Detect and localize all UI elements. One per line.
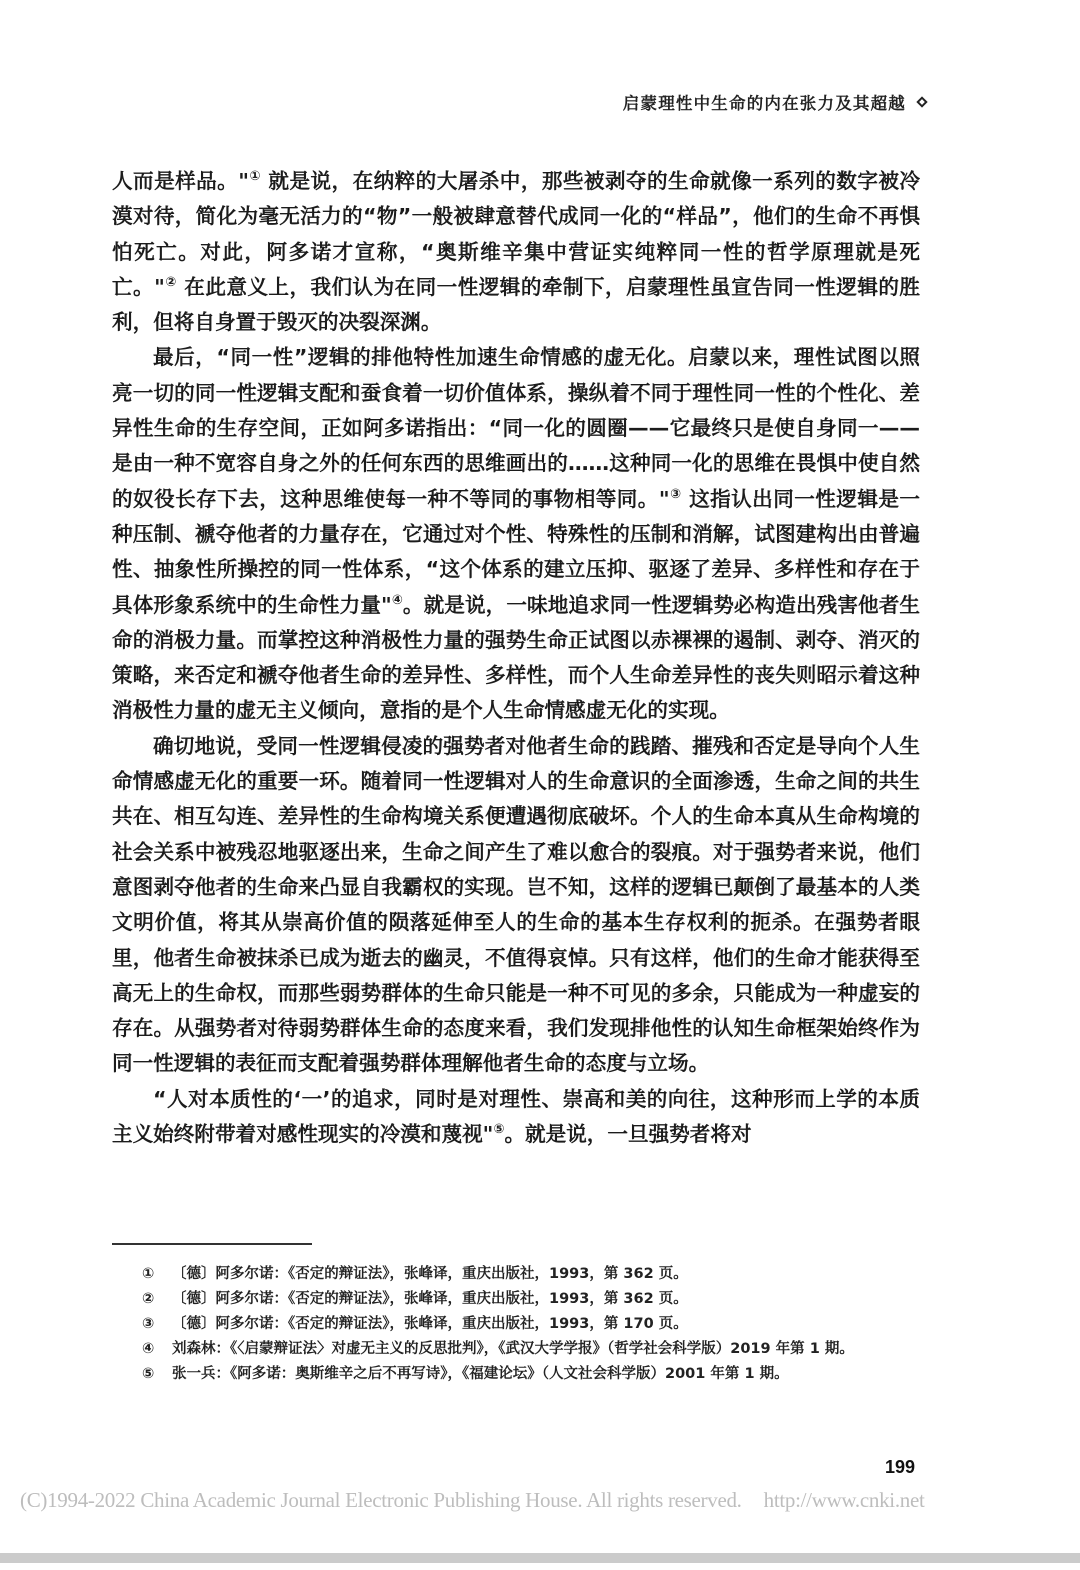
footnote-text: 〔德〕阿多尔诺：《否定的辩证法》，张峰译，重庆出版社，1993，第 362 页。: [172, 1287, 922, 1312]
paragraph: “人对本质性的‘一’的追求，同时是对理性、崇高和美的向往，这种形而上学的本质主义…: [112, 1082, 920, 1153]
footnote-number: ②: [142, 1287, 172, 1312]
paragraph-text: 。就是说，一旦强势者将对: [504, 1122, 751, 1146]
diamond-ornament-icon: [916, 96, 928, 108]
footnote-2: ② 〔德〕阿多尔诺：《否定的辩证法》，张峰译，重庆出版社，1993，第 362 …: [142, 1287, 922, 1312]
footnote-text: 〔德〕阿多尔诺：《否定的辩证法》，张峰译，重庆出版社，1993，第 362 页。: [172, 1262, 922, 1287]
paragraph: 确切地说，受同一性逻辑侵凌的强势者对他者生命的践踏、摧残和否定是导向个人生命情感…: [112, 729, 920, 1082]
footnotes: ① 〔德〕阿多尔诺：《否定的辩证法》，张峰译，重庆出版社，1993，第 362 …: [142, 1262, 922, 1387]
footnote-4: ④ 刘森林：《〈启蒙辩证法〉对虚无主义的反思批判》，《武汉大学学报》（哲学社会科…: [142, 1337, 922, 1362]
footnote-reference[interactable]: ③: [670, 487, 682, 502]
paragraph-text: 人而是样品。": [112, 169, 249, 193]
footnote-number: ③: [142, 1312, 172, 1337]
paragraph: 最后，“同一性”逻辑的排他特性加速生命情感的虚无化。启蒙以来，理性试图以照亮一切…: [112, 340, 920, 728]
running-title: 启蒙理性中生命的内在张力及其超越: [623, 90, 906, 114]
footnote-divider: [112, 1243, 312, 1245]
running-header: 启蒙理性中生命的内在张力及其超越: [623, 90, 928, 114]
body-text: 人而是样品。"① 就是说，在纳粹的大屠杀中，那些被剥夺的生命就像一系列的数字被冷…: [112, 164, 920, 1152]
copyright-text: (C)1994-2022 China Academic Journal Elec…: [20, 1488, 742, 1512]
footnote-number: ①: [142, 1262, 172, 1287]
footnote-number: ④: [142, 1337, 172, 1362]
footnote-3: ③ 〔德〕阿多尔诺：《否定的辩证法》，张峰译，重庆出版社，1993，第 170 …: [142, 1312, 922, 1337]
copyright-watermark: (C)1994-2022 China Academic Journal Elec…: [20, 1488, 1060, 1513]
page-number: 199: [885, 1457, 915, 1478]
bottom-scroll-bar[interactable]: [0, 1553, 1080, 1563]
paragraph-text: 在此意义上，我们认为在同一性逻辑的牵制下，启蒙理性虽宣告同一性逻辑的胜利，但将自…: [112, 275, 920, 334]
footnote-number: ⑤: [142, 1362, 172, 1387]
paragraph-text: 确切地说，受同一性逻辑侵凌的强势者对他者生命的践踏、摧残和否定是导向个人生命情感…: [112, 734, 920, 1076]
footnote-reference[interactable]: ④: [392, 593, 403, 608]
footnote-text: 刘森林：《〈启蒙辩证法〉对虚无主义的反思批判》，《武汉大学学报》（哲学社会科学版…: [172, 1337, 922, 1362]
cnki-url[interactable]: http://www.cnki.net: [764, 1488, 925, 1512]
footnote-reference[interactable]: ⑤: [493, 1122, 504, 1137]
footnote-reference[interactable]: ②: [165, 275, 177, 290]
footnote-text: 张一兵：《阿多诺：奥斯维辛之后不再写诗》，《福建论坛》（人文社会科学版）2001…: [172, 1362, 922, 1387]
footnote-1: ① 〔德〕阿多尔诺：《否定的辩证法》，张峰译，重庆出版社，1993，第 362 …: [142, 1262, 922, 1287]
paragraph: 人而是样品。"① 就是说，在纳粹的大屠杀中，那些被剥夺的生命就像一系列的数字被冷…: [112, 164, 920, 340]
footnote-5: ⑤ 张一兵：《阿多诺：奥斯维辛之后不再写诗》，《福建论坛》（人文社会科学版）20…: [142, 1362, 922, 1387]
footnote-reference[interactable]: ①: [249, 169, 261, 184]
footnote-text: 〔德〕阿多尔诺：《否定的辩证法》，张峰译，重庆出版社，1993，第 170 页。: [172, 1312, 922, 1337]
